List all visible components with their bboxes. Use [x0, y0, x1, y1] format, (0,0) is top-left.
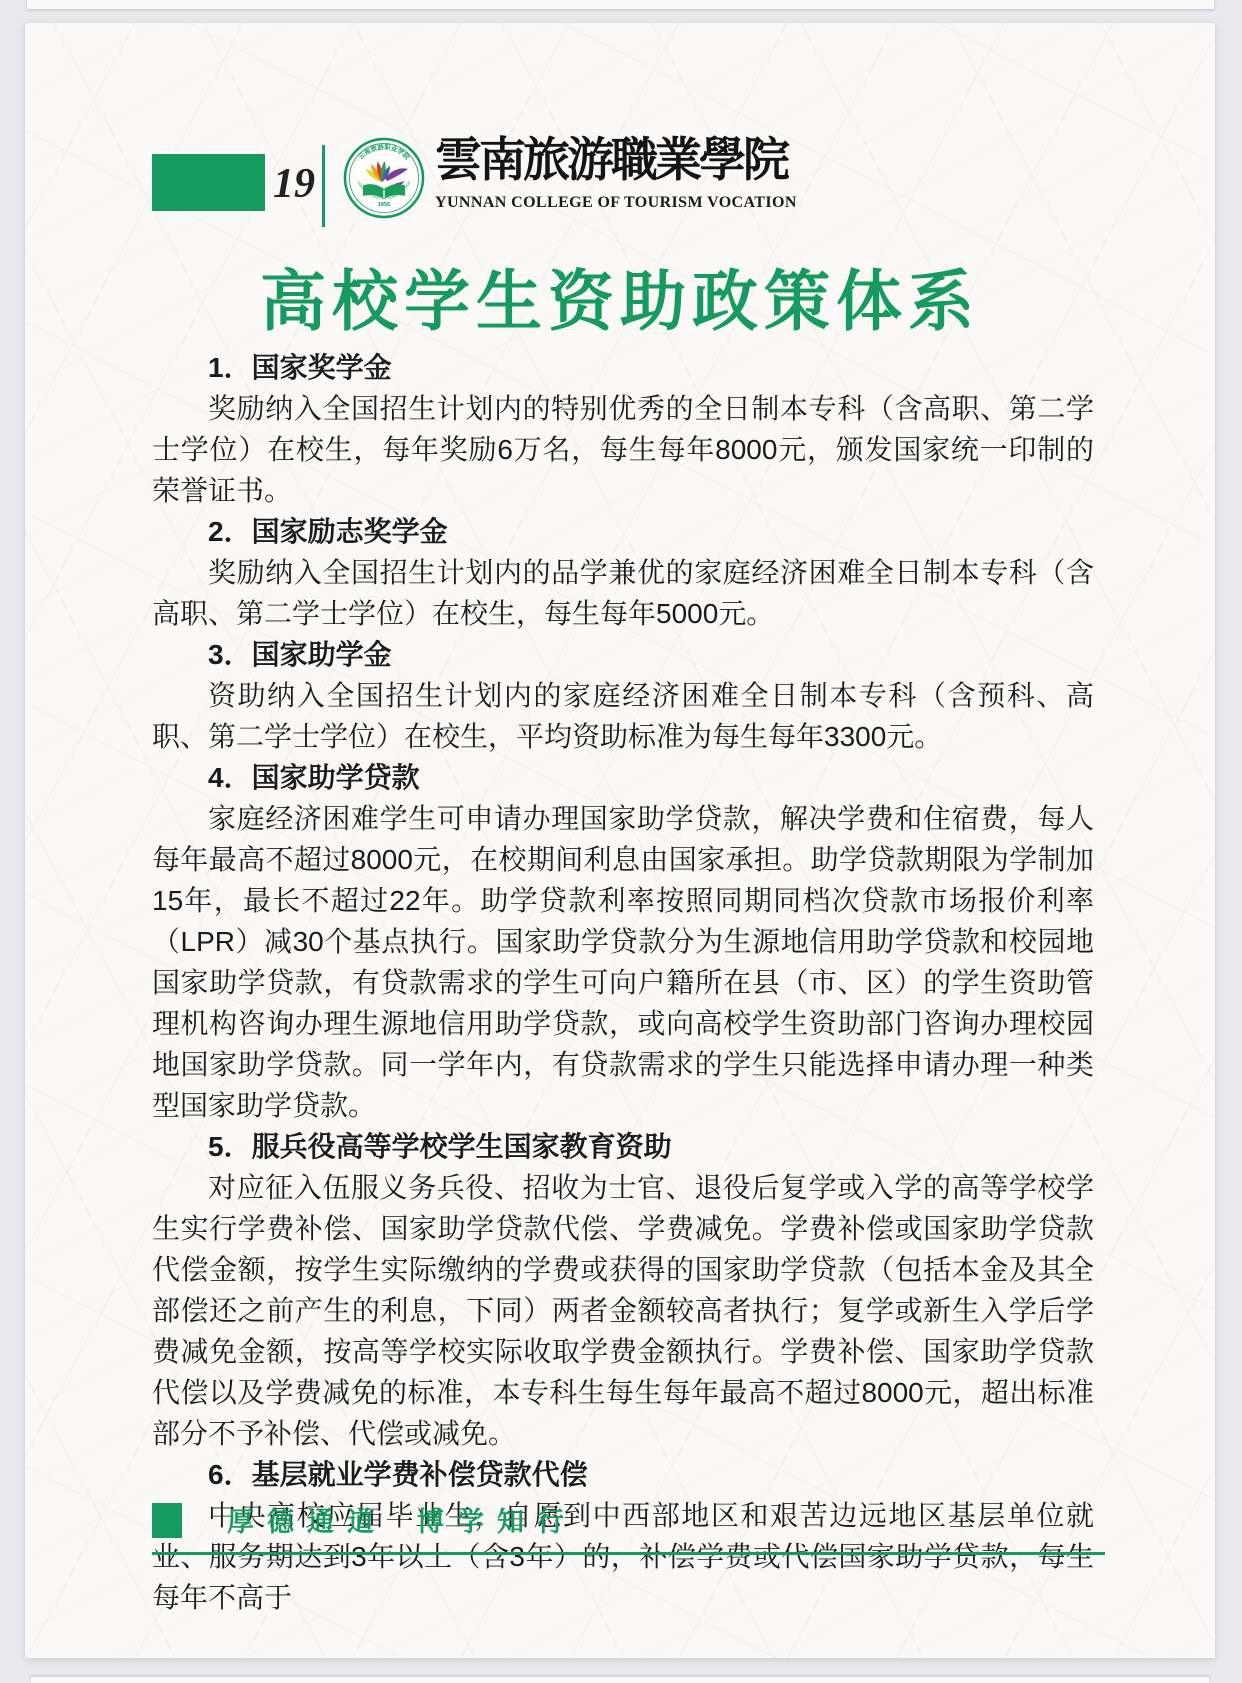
- footer-green-square: [152, 1503, 182, 1538]
- policy-section-5: 5．服兵役高等学校学生国家教育资助 对应征入伍服义务兵役、招收为士官、退役后复学…: [152, 1126, 1094, 1454]
- school-motto: 厚德通道博学知行: [227, 1507, 577, 1537]
- footer-rule: [152, 1552, 1105, 1555]
- section-body: 奖励纳入全国招生计划内的特别优秀的全日制本专科（含高职、第二学士学位）在校生，每…: [152, 388, 1094, 511]
- school-name-english: YUNNAN COLLEGE OF TOURISM VOCATION: [435, 193, 795, 213]
- college-logo-icon: 云南旅游职业学院 YUNNAN COLLEGE OF TOURISM VOCAT…: [343, 137, 425, 219]
- section-body: 对应征入伍服义务兵役、招收为士官、退役后复学或入学的高等学校学生实行学费补偿、国…: [152, 1167, 1094, 1454]
- policy-section-3: 3．国家助学金 资助纳入全国招生计划内的家庭经济困难全日制本专科（含预科、高职、…: [152, 634, 1094, 757]
- section-heading: 6．基层就业学费补偿贷款代偿: [152, 1454, 1094, 1495]
- document-title: 高校学生资助政策体系: [25, 255, 1215, 347]
- school-name-block: 雲南旅游職業學院 YUNNAN COLLEGE OF TOURISM VOCAT…: [435, 131, 795, 213]
- section-body: 资助纳入全国招生计划内的家庭经济困难全日制本专科（含预科、高职、第二学士学位）在…: [152, 675, 1094, 757]
- page-number: 19: [268, 160, 320, 208]
- header-divider: [322, 145, 325, 227]
- section-heading: 4．国家助学贷款: [152, 757, 1094, 798]
- policy-section-4: 4．国家助学贷款 家庭经济困难学生可申请办理国家助学贷款，解决学费和住宿费，每人…: [152, 757, 1094, 1126]
- section-heading: 3．国家助学金: [152, 634, 1094, 675]
- section-body: 家庭经济困难学生可申请办理国家助学贷款，解决学费和住宿费，每人每年最高不超过80…: [152, 798, 1094, 1126]
- policy-section-1: 1．国家奖学金 奖励纳入全国招生计划内的特别优秀的全日制本专科（含高职、第二学士…: [152, 347, 1094, 511]
- next-page-edge: [31, 1677, 1209, 1683]
- section-heading: 2．国家励志奖学金: [152, 511, 1094, 552]
- section-body: 奖励纳入全国招生计划内的品学兼优的家庭经济困难全日制本专科（含高职、第二学士学位…: [152, 552, 1094, 634]
- motto-part-2: 博学知行: [417, 1507, 577, 1537]
- motto-part-1: 厚德通道: [227, 1507, 387, 1537]
- previous-page-edge: [27, 0, 1214, 9]
- school-name-chinese: 雲南旅游職業學院: [435, 131, 795, 191]
- policy-section-2: 2．国家励志奖学金 奖励纳入全国招生计划内的品学兼优的家庭经济困难全日制本专科（…: [152, 511, 1094, 634]
- document-page: 19 云南旅游职业学院 YUNNAN COLLEGE OF TOURISM VO…: [25, 23, 1215, 1658]
- logo-founding-year: 1956: [378, 202, 390, 208]
- header-green-block: [152, 154, 265, 211]
- screenshot-root: 19 云南旅游职业学院 YUNNAN COLLEGE OF TOURISM VO…: [0, 0, 1242, 1683]
- document-body: 1．国家奖学金 奖励纳入全国招生计划内的特别优秀的全日制本专科（含高职、第二学士…: [152, 347, 1094, 1618]
- section-heading: 1．国家奖学金: [152, 347, 1094, 388]
- section-heading: 5．服兵役高等学校学生国家教育资助: [152, 1126, 1094, 1167]
